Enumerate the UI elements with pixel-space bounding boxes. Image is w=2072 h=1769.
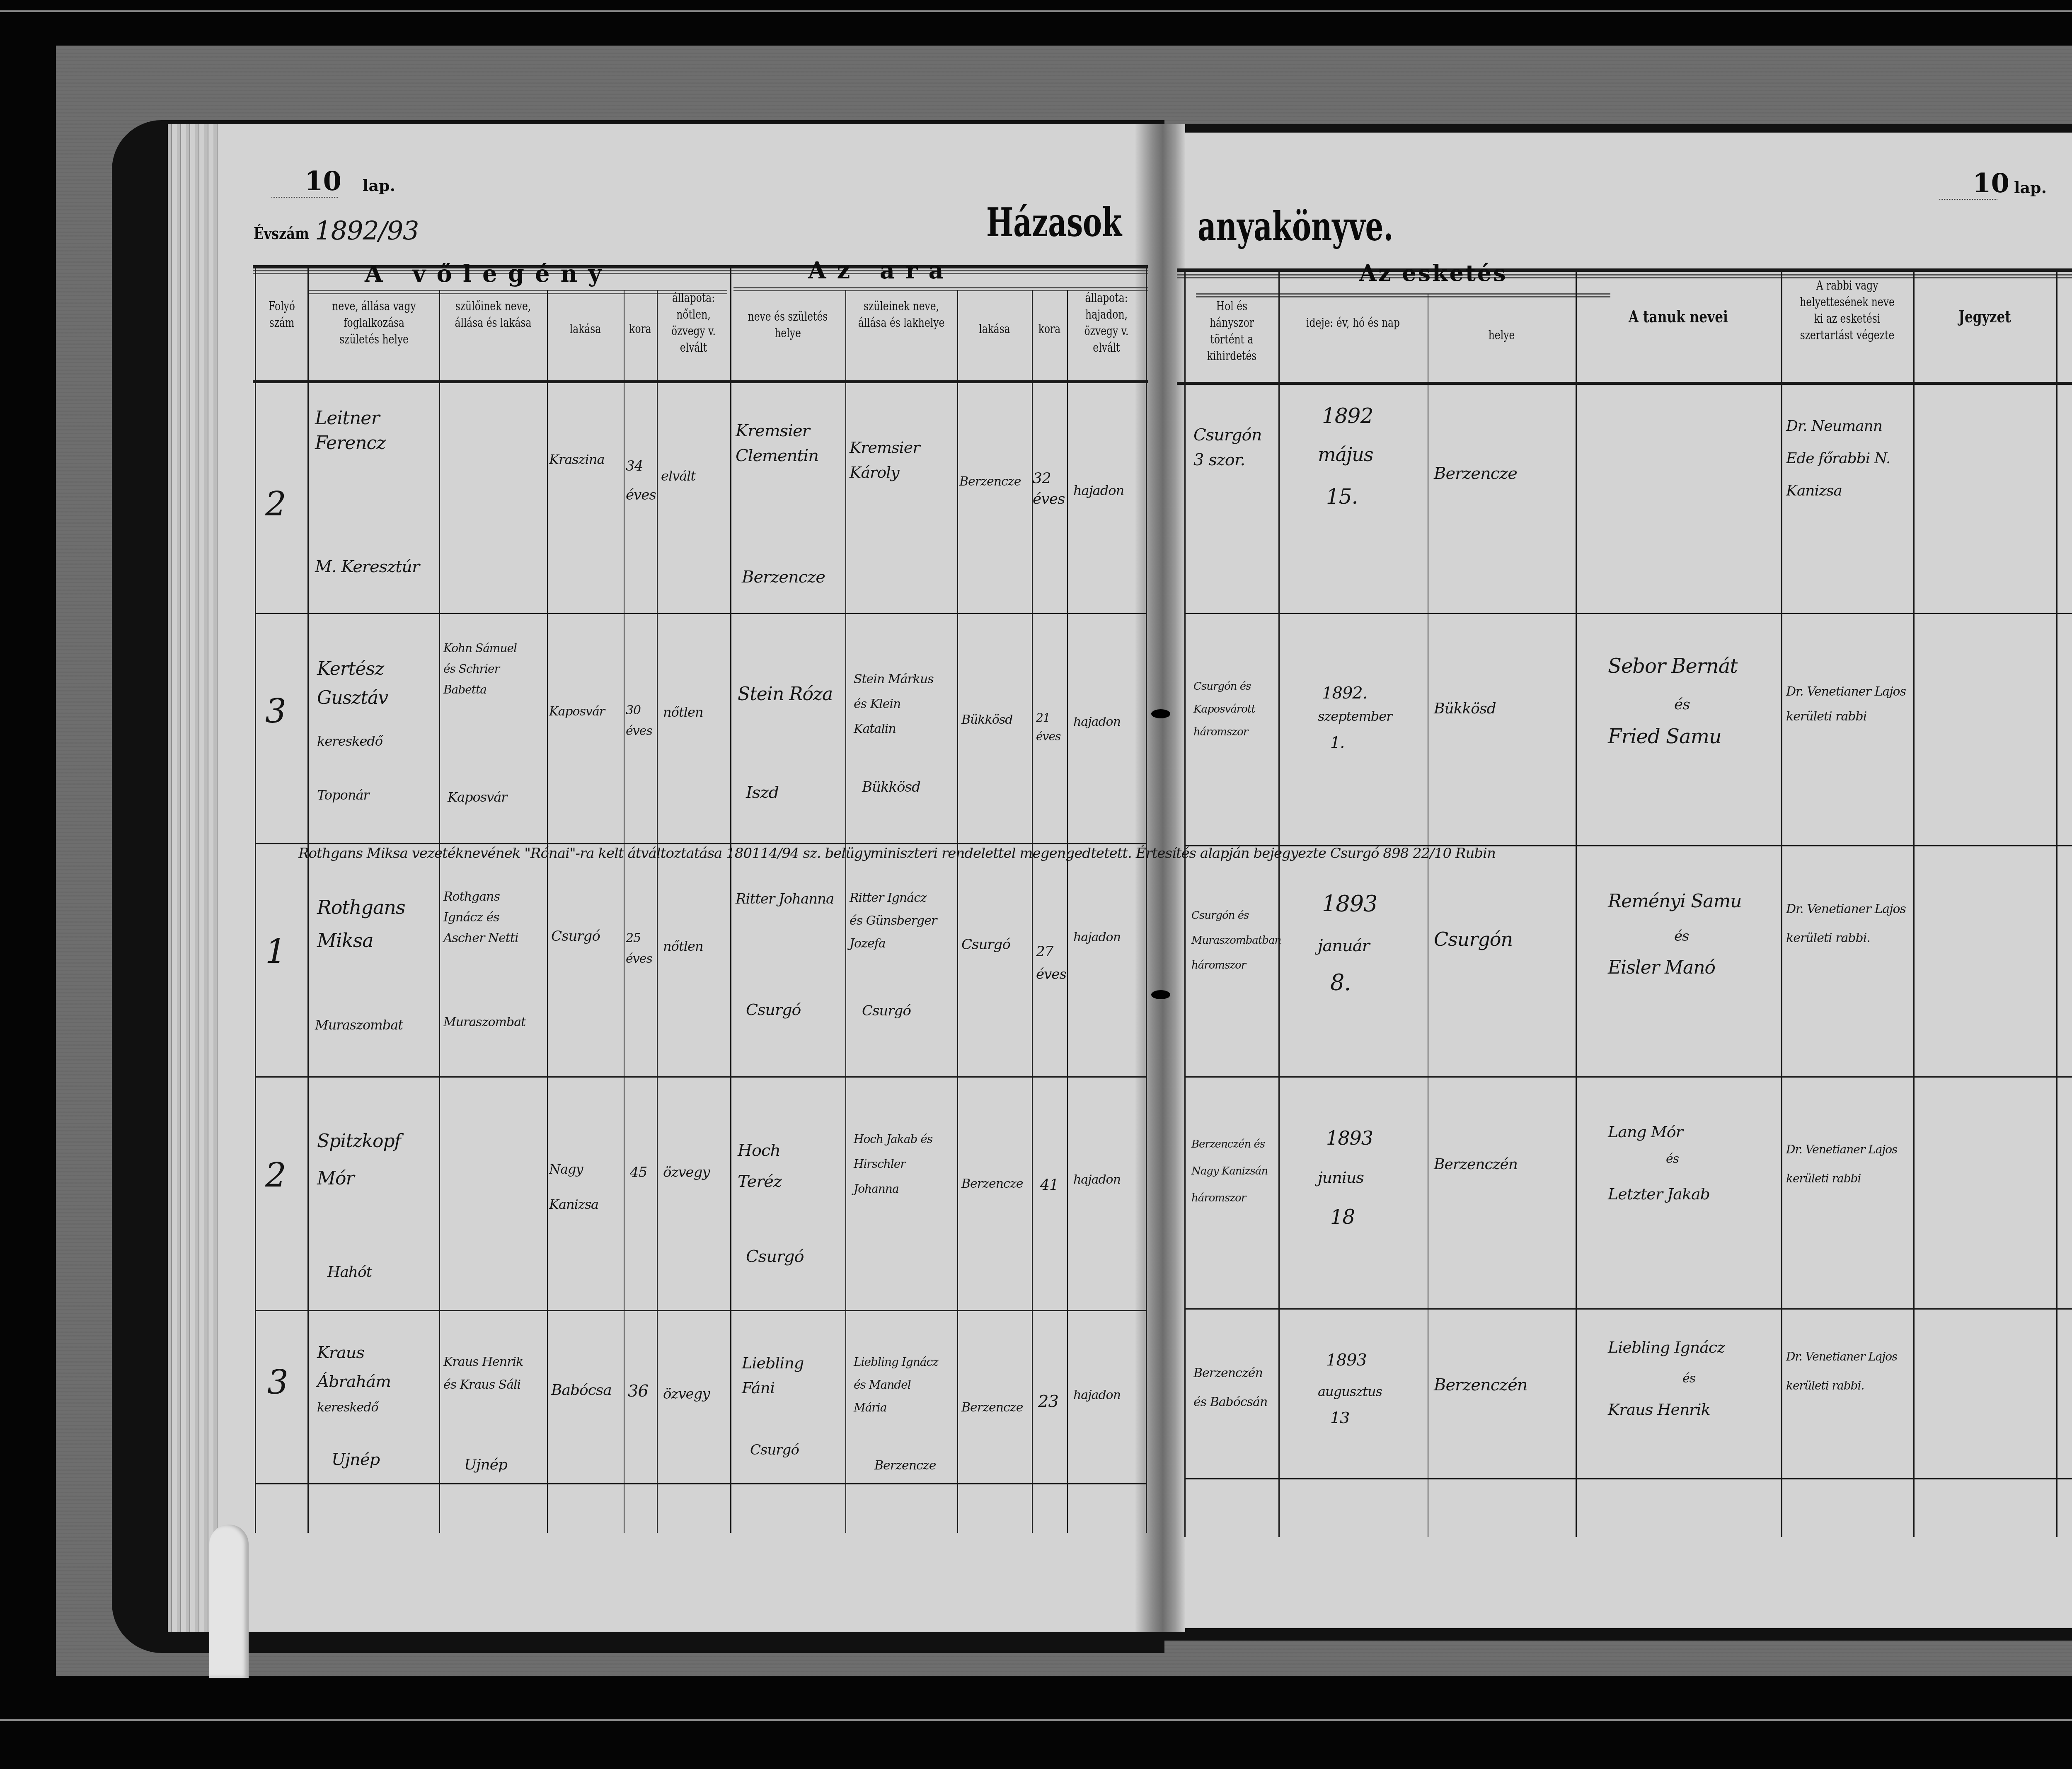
bride-birthplace: Csurgó [746,1247,804,1266]
col-line [1428,294,1428,1537]
bride-group-title: Az ara [808,257,954,284]
date-month: junius [1318,1168,1364,1187]
bride-residence: Berzencze [959,474,1021,489]
col-line [1576,269,1577,1537]
col-line [1146,265,1147,1533]
bride-age: 21 éves [1036,708,1061,746]
banns: Csurgón és Kaposvárott háromszor [1193,675,1268,744]
page-stack-edges [168,124,218,1632]
groom-status: nőtlen [663,704,703,720]
date-year: 1893 [1326,1127,1373,1149]
groom-age: 25 éves [626,928,651,969]
header-groom-status: állapota: nőtlen, özvegy v. elvált [665,290,722,356]
bride-name: Stein Róza [738,684,833,705]
binding-hole [1151,990,1170,999]
header-wedding-date: ideje: év, hó és nap [1295,315,1411,331]
wedding-place: Bükkösd [1434,700,1496,717]
entry-serial: 3 [265,692,286,730]
groom-parents: Kohn Sámuel és Schrier Babetta [443,638,526,700]
bride-parents: Ritter Ignácz és Günsberger Jozefa [850,887,941,955]
header-bride-status: állapota: hajadon, özvegy v. elvált [1076,290,1137,356]
groom-status: özvegy [663,1164,710,1181]
bride-status: hajadon [1073,1172,1121,1187]
groom-name: Kertész Gusztáv [317,655,400,713]
row-rule [1184,1308,2072,1310]
groom-status: özvegy [663,1386,710,1402]
witness-2: Kraus Henrik [1608,1400,1710,1419]
officiant: Dr. Venetianer Lajos kerületi rabbi [1786,679,1910,729]
witness-connector: és [1674,928,1689,945]
wedding-group-title: Az esketés [1359,260,1508,286]
wedding-group-rule [1196,293,1610,297]
page-label-left: lap. [363,176,395,195]
col-line [845,290,846,1533]
bride-name: Liebling Fáni [742,1351,825,1400]
groom-birthplace: M. Keresztúr [315,557,419,576]
bride-residence: Csurgó [961,936,1010,953]
table-top-rule-right [1177,268,2072,272]
header-groom-residence: lakása [555,321,615,338]
banns: Berzenczén és Babócsán [1193,1359,1268,1417]
date-year: 1893 [1326,1351,1367,1370]
bride-parents: Stein Márkus és Klein Katalin [854,667,937,742]
binding-hole [1151,709,1170,718]
bookmark-tab [209,1525,249,1678]
book-gutter [1135,124,1185,1632]
header-banns: Hol és hányszor történt a kihirdetés [1196,298,1268,365]
groom-birthplace: Ujnép [332,1450,380,1469]
bride-birthplace: Csurgó [746,1001,801,1019]
groom-name: Leitner Ferencz [315,406,398,456]
bride-parents-residence: Csurgó [862,1003,911,1019]
header-bottom-rule-right [1177,382,2072,385]
groom-birthplace: Muraszombat [315,1017,403,1033]
witness-1: Liebling Ignácz [1608,1338,1725,1356]
row-rule [1184,1076,2072,1078]
bride-birthplace: Csurgó [750,1442,799,1458]
groom-parents: Kraus Henrik és Kraus Sáli [443,1351,530,1396]
officiant: Dr. Venetianer Lajos kerületi rabbi. [1786,1342,1910,1400]
groom-occupation: kereskedő [317,733,382,749]
witness-connector: és [1674,696,1690,713]
bride-residence: Bükkösd [961,713,1012,727]
table-top-double-rule-right [1177,274,2072,278]
groom-name: Kraus Ábrahám [317,1338,400,1396]
groom-residence: Nagy Kanizsa [549,1152,611,1222]
col-line [2056,269,2057,1537]
bride-parents-residence: Bükkösd [862,779,920,795]
bride-status: hajadon [1073,483,1124,498]
entry-serial: 1 [265,932,286,971]
date-year: 1892 [1322,404,1373,428]
bride-parents: Kremsier Károly [850,435,941,485]
col-line [1913,269,1915,1537]
year-value: 1892/93 [315,215,419,246]
banns: Csurgón és Muraszombatban háromszor [1191,903,1270,978]
bride-age: 41 [1040,1177,1058,1194]
row-rule [1184,1478,2072,1479]
banns: Csurgón 3 szor. [1193,423,1272,472]
bride-residence: Berzencze [961,1400,1023,1415]
col-line [1781,269,1782,1537]
header-officiant: A rabbi vagy helyettesének neve ki az es… [1796,278,1899,344]
groom-residence: Kaposvár [549,704,605,719]
witness-1: Sebor Bernát [1608,655,1738,678]
col-line [255,265,256,1533]
bride-age: 23 [1038,1392,1058,1411]
row-rule [255,613,1146,614]
header-wedding-place: helye [1444,327,1559,344]
header-bride-residence: lakása [966,321,1024,338]
col-line [1067,290,1068,1533]
groom-parents-residence: Muraszombat [443,1015,525,1029]
header-bride-parents: szüleinek neve, állása és lakhelye [858,298,945,331]
page-number-right: 10 [1973,168,2009,199]
witness-2: Eisler Manó [1608,957,1715,978]
bride-status: hajadon [1073,1388,1121,1402]
bride-parents-residence: Berzencze [874,1458,936,1473]
bride-age: 27 éves [1036,940,1061,986]
groom-age: 34 éves [626,452,651,510]
bride-status: hajadon [1073,715,1121,729]
bride-name: Hoch Teréz [738,1135,821,1197]
witness-2: Letzter Jakab [1608,1185,1710,1203]
col-line [624,290,625,1533]
bride-birthplace: Berzencze [742,568,825,587]
row-rule [255,843,1146,844]
frame-top-line [0,10,2072,12]
col-line [439,290,440,1533]
col-line [547,290,548,1533]
date-month: augusztus [1318,1384,1382,1399]
groom-age: 36 [628,1382,648,1401]
officiant: Dr. Neumann Ede főrabbi N. Kanizsa [1786,410,1910,507]
wedding-place: Csurgón [1434,928,1513,950]
row-rule [255,1483,1146,1484]
col-line [1184,269,1186,1537]
wedding-place: Berzencze [1434,464,1517,483]
groom-residence: Csurgó [551,928,600,945]
date-day: 13 [1330,1409,1349,1427]
col-line [307,265,309,1533]
row-rule [255,1076,1146,1078]
groom-occupation: kereskedő [317,1400,378,1415]
date-day: 8. [1330,969,1351,996]
banns: Berzenczén és Nagy Kanizsán háromszor [1191,1131,1270,1212]
col-line [1278,269,1280,1537]
frame-bottom-line [0,1719,2072,1721]
witness-connector: és [1682,1371,1695,1386]
groom-birthplace: Hahót [327,1264,372,1281]
title-right: anyakönyve. [1198,203,1394,250]
groom-parents: Rothgans Ignácz és Ascher Netti [443,887,530,949]
bride-parents: Liebling Ignácz és Mandel Mária [854,1351,945,1419]
groom-name: Rothgans Miksa [317,891,400,957]
col-line [730,265,731,1533]
bride-name: Ritter Johanna [736,891,834,907]
groom-parents-residence: Ujnép [464,1456,507,1473]
bride-age: 32 éves [1033,468,1062,510]
officiant: Dr. Venetianer Lajos kerületi rabbi. [1786,895,1910,953]
groom-parents-residence: Kaposvár [448,789,507,805]
groom-name: Spitzkopf Mór [317,1123,400,1197]
header-witnesses: A tanuk nevei [1598,309,1759,325]
header-bride-age: kora [1036,321,1063,338]
header-groom-name: neve, állása vagy foglalkozása születés … [323,298,425,348]
surname-change-annotation: Rothgans Miksa vezetéknevének "Rónai"-ra… [298,845,2072,862]
page-label-right: lap. [2014,178,2047,197]
witness-1: Reményi Samu [1608,891,1742,912]
bride-name: Kremsier Clementin [736,418,835,468]
groom-status: elvált [661,468,695,484]
date-day: 18 [1330,1206,1355,1229]
witness-connector: és [1666,1152,1679,1166]
date-month: szeptember [1318,708,1392,724]
entry-serial: 2 [265,1156,286,1194]
header-groom-age: kora [627,321,653,338]
groom-group-title: A vőlegény [365,260,612,288]
wedding-place: Berzenczén [1434,1156,1518,1173]
bride-status: hajadon [1073,930,1121,945]
header-bride-name: neve és születés helye [743,309,833,342]
page-number-left: 10 [305,166,341,197]
groom-age: 45 [630,1164,647,1181]
groom-residence: Kraszina [549,452,604,467]
bride-birthplace: Iszd [746,783,779,802]
title-left: Házasok [986,199,1122,246]
entry-serial: 2 [265,485,286,523]
officiant: Dr. Venetianer Lajos kerületi rabbi [1786,1135,1910,1193]
header-notes: Jegyzet [1929,309,2041,325]
entry-serial: 3 [267,1363,288,1402]
year-label: Évszám [254,224,309,243]
groom-residence: Babócsa [551,1382,612,1399]
bride-residence: Berzencze [961,1177,1023,1191]
col-line [957,290,958,1533]
header-groom-parents: szülőinek neve, állása és lakása [451,298,535,331]
groom-age: 30 éves [626,700,651,742]
witness-1: Lang Mór [1608,1123,1683,1141]
witness-2: Fried Samu [1608,725,1721,748]
date-day: 1. [1330,733,1344,752]
header-serial: Folyó szám [256,298,308,331]
bride-parents: Hoch Jakab és Hirschler Johanna [854,1127,945,1201]
date-year: 1892. [1322,684,1368,703]
row-rule [1184,613,2072,614]
col-line [657,290,658,1533]
groom-birthplace: Toponár [317,787,369,803]
wedding-place: Berzenczén [1434,1375,1527,1394]
date-month: január [1318,936,1370,955]
row-rule [255,1310,1146,1311]
groom-status: nőtlen [663,938,703,954]
date-day: 15. [1326,485,1358,509]
date-month: május [1318,443,1373,466]
date-year: 1893 [1322,891,1377,917]
header-bottom-rule [253,380,1148,383]
